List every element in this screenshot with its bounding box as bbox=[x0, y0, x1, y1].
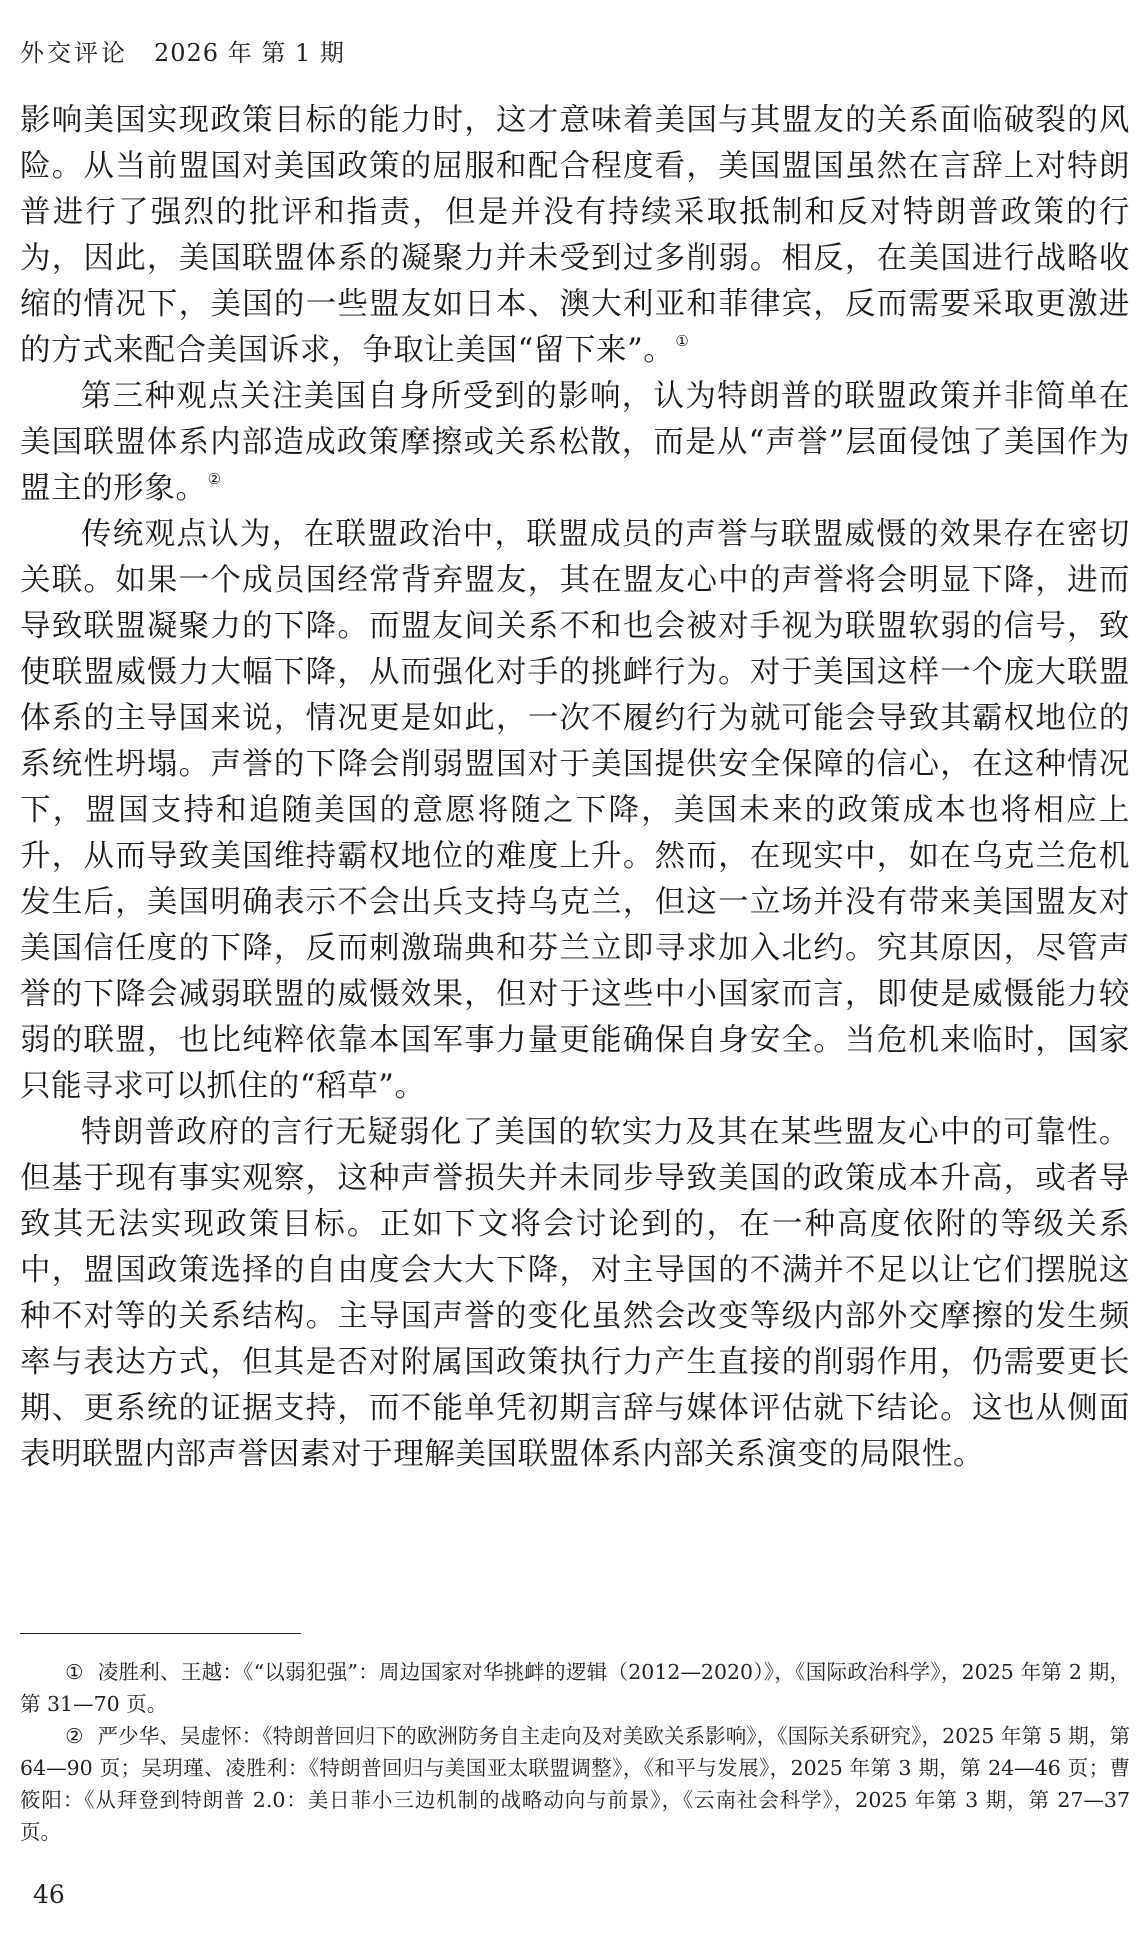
body-paragraph: 特朗普政府的言行无疑弱化了美国的软实力及其在某些盟友心中的可靠性。但基于现有事实… bbox=[20, 1110, 1130, 1478]
running-header: 外交评论2026 年 第 1 期 bbox=[20, 33, 345, 68]
paragraph-text: 特朗普政府的言行无疑弱化了美国的软实力及其在某些盟友心中的可靠性。但基于现有事实… bbox=[20, 1115, 1130, 1472]
journal-title: 外交评论 bbox=[20, 39, 128, 67]
issue-label: 2026 年 第 1 期 bbox=[154, 39, 345, 67]
body-paragraph: 传统观点认为，在联盟政治中，联盟成员的声誉与联盟威慑的效果存在密切关联。如果一个… bbox=[20, 512, 1130, 1110]
paragraph-text: 第三种观点关注美国自身所受到的影响，认为特朗普的联盟政策并非简单在美国联盟体系内… bbox=[20, 379, 1130, 506]
paragraph-text: 影响美国实现政策目标的能力时，这才意味着美国与其盟友的关系面临破裂的风险。从当前… bbox=[20, 103, 1130, 368]
footnote-text: 凌胜利、王越：《“以弱犯强”：周边国家对华挑衅的逻辑（2012—2020）》，《… bbox=[20, 1660, 1130, 1716]
footnote-text: 严少华、吴虚怀：《特朗普回归下的欧洲防务自主走向及对美欧关系影响》，《国际关系研… bbox=[20, 1724, 1130, 1844]
footnotes: ①凌胜利、王越：《“以弱犯强”：周边国家对华挑衅的逻辑（2012—2020）》，… bbox=[20, 1656, 1130, 1848]
paragraph-text: 传统观点认为，在联盟政治中，联盟成员的声誉与联盟威慑的效果存在密切关联。如果一个… bbox=[20, 517, 1130, 1104]
footnote-ref-1[interactable]: ① bbox=[675, 332, 689, 350]
body-paragraph: 影响美国实现政策目标的能力时，这才意味着美国与其盟友的关系面临破裂的风险。从当前… bbox=[20, 98, 1130, 374]
footnote-mark: ① bbox=[65, 1660, 84, 1684]
footnote-1: ①凌胜利、王越：《“以弱犯强”：周边国家对华挑衅的逻辑（2012—2020）》，… bbox=[20, 1656, 1130, 1720]
footnote-mark: ② bbox=[65, 1724, 83, 1748]
article-body: 影响美国实现政策目标的能力时，这才意味着美国与其盟友的关系面临破裂的风险。从当前… bbox=[20, 98, 1130, 1478]
footnote-ref-2[interactable]: ② bbox=[208, 470, 222, 488]
body-paragraph: 第三种观点关注美国自身所受到的影响，认为特朗普的联盟政策并非简单在美国联盟体系内… bbox=[20, 374, 1130, 512]
page-number: 46 bbox=[33, 1880, 65, 1909]
footnote-2: ②严少华、吴虚怀：《特朗普回归下的欧洲防务自主走向及对美欧关系影响》，《国际关系… bbox=[20, 1720, 1130, 1848]
footnote-divider bbox=[20, 1633, 301, 1634]
